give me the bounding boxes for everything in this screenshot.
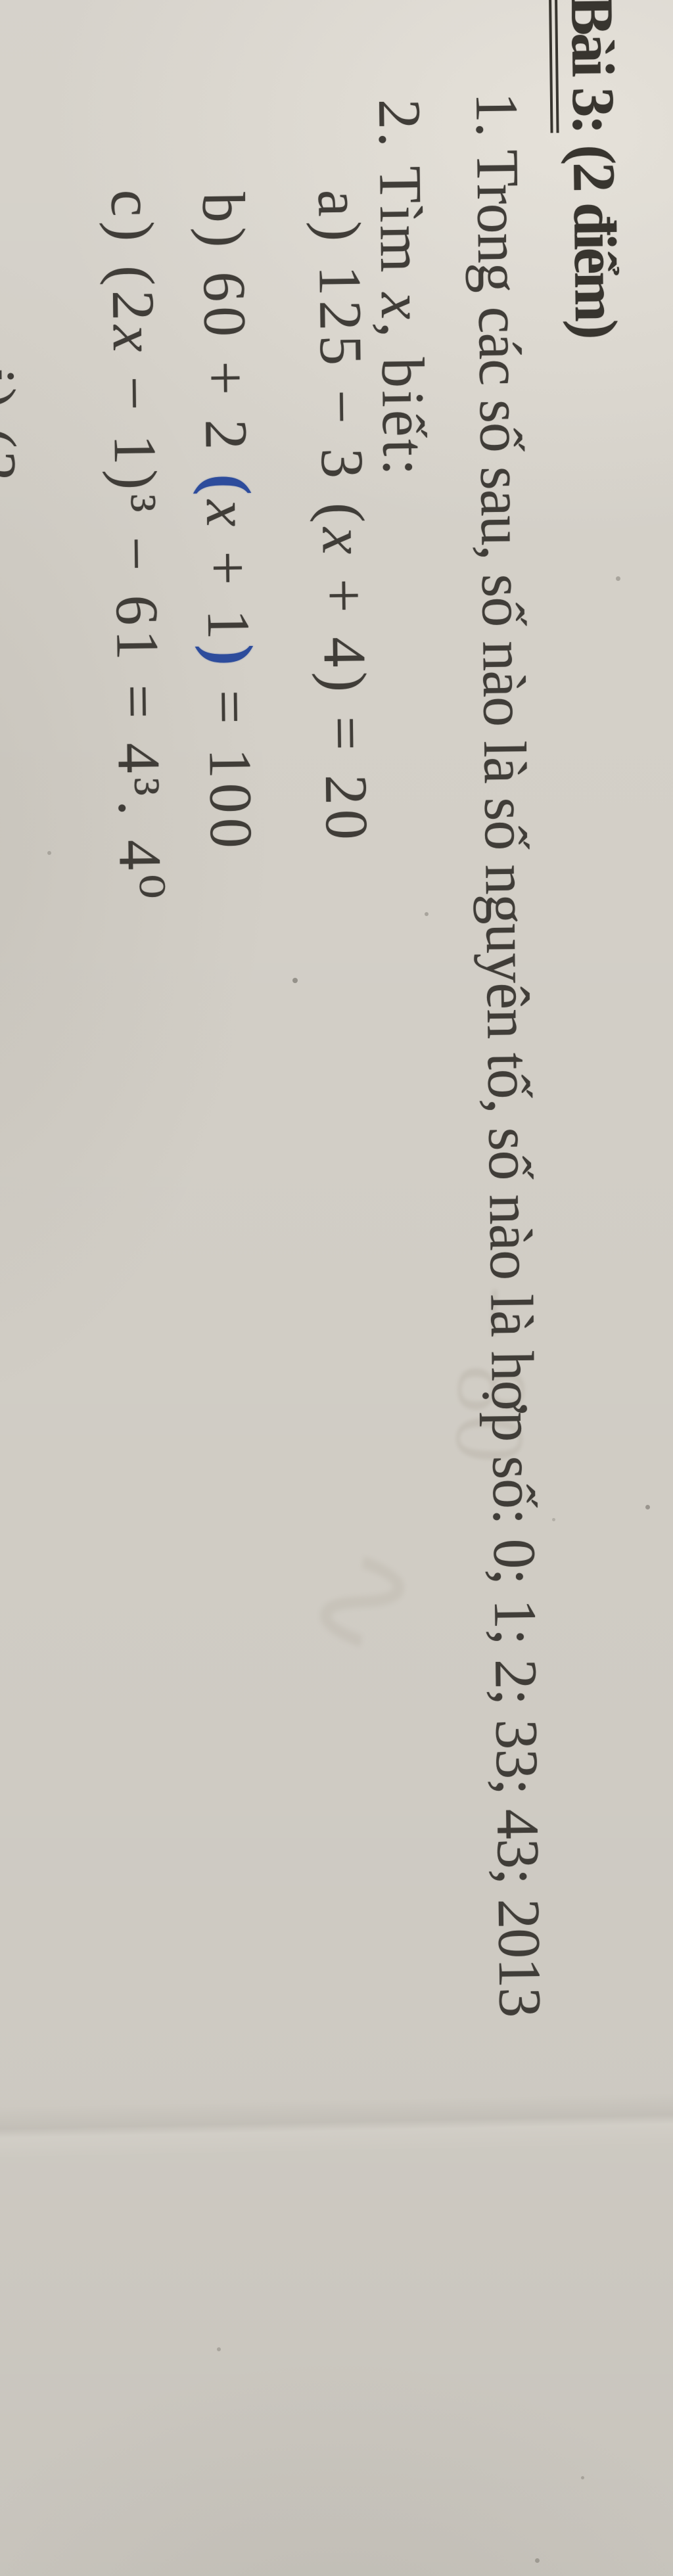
text-run: x <box>310 527 377 559</box>
paper-speck <box>535 2558 540 2563</box>
text-run: c) (2 <box>99 189 168 325</box>
text-run: a) 125 − 3 ( <box>306 189 377 528</box>
paper-speck <box>581 2476 584 2479</box>
text-run: Bài 3: <box>549 0 628 133</box>
text-run: + 4) = 20 <box>310 559 381 845</box>
exam-item-1: 1. Trong các số sau, số nào là số nguyên… <box>467 92 551 2017</box>
paper-speck <box>217 2347 221 2351</box>
paper-speck <box>645 1505 650 1509</box>
text-run: (2 điểm) <box>561 131 630 337</box>
text-run: + 1 <box>194 531 262 645</box>
text-run: = 100 <box>196 670 265 853</box>
text-run: − 1)³ − 61 = 4³. 4⁰ <box>101 356 174 904</box>
text-run: 1. Trong các số sau, số nào là số nguyên… <box>463 92 554 2017</box>
text-run: , biết: <box>369 321 438 478</box>
text-run: x <box>369 292 436 323</box>
blue-pen-paren: ) <box>194 644 265 671</box>
text-run: x <box>194 499 262 532</box>
exam-next-line-clipped: i) (2 <box>0 368 26 484</box>
exam-paper-photo: 08 − ∿ Bài 3: (2 điểm)1. Trong các số sa… <box>0 0 673 2576</box>
paper-speck <box>425 912 429 916</box>
paper-speck <box>47 851 51 855</box>
exam-item-2c: c) (2x − 1)³ − 61 = 4³. 4⁰ <box>102 189 171 904</box>
text-run: i) (2 <box>0 368 29 484</box>
text-run: x <box>101 325 168 357</box>
ink-bleedthrough-swirl: ∿ <box>273 1528 460 1676</box>
exam-item-2a: a) 125 − 3 (x + 4) = 20 <box>309 189 377 844</box>
text-run: b) 60 + 2 <box>190 192 260 474</box>
paper-speck <box>616 576 620 581</box>
exam-item-2b: b) 60 + 2 (x + 1) = 100 <box>194 192 262 853</box>
paper-speck <box>292 978 298 983</box>
paper-speck <box>552 1518 555 1521</box>
blue-pen-paren: ( <box>192 473 263 500</box>
text-run: 2. Tìm <box>366 99 436 293</box>
exam-heading-bai-3: Bài 3: (2 điểm) <box>562 0 626 337</box>
exam-item-2: 2. Tìm x, biết: <box>369 99 434 478</box>
paper-crease <box>0 2092 673 2159</box>
